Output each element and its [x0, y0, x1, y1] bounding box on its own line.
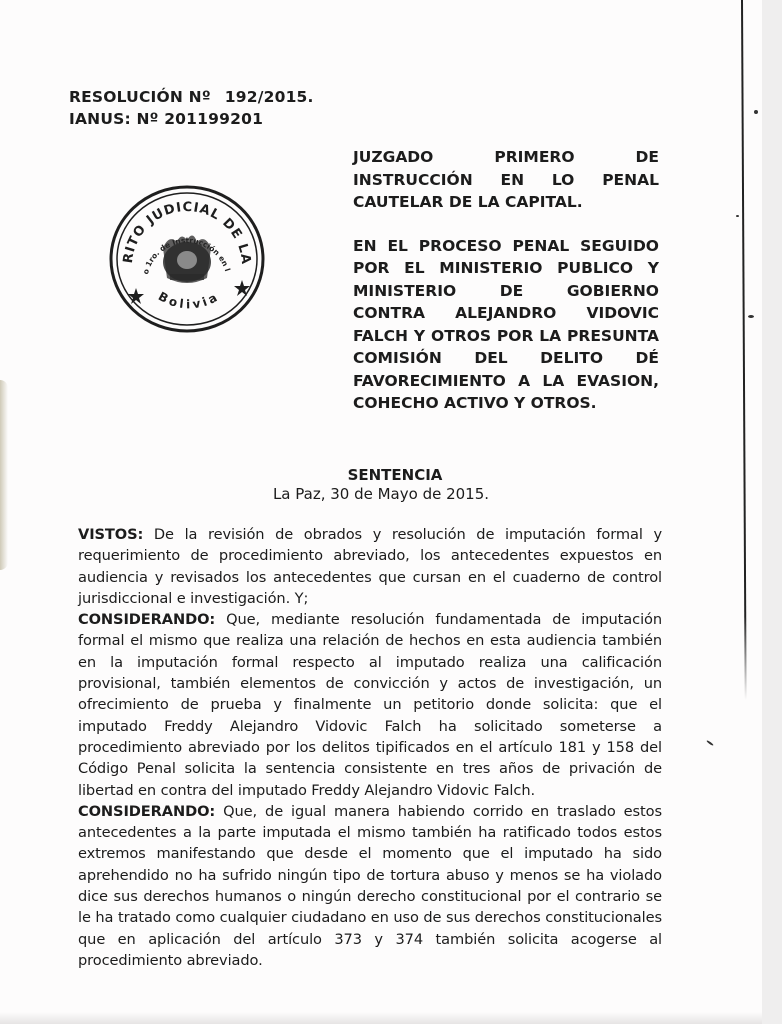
paragraph-keyword: CONSIDERANDO:: [78, 611, 215, 628]
scan-speck: [748, 315, 754, 318]
seal-bottom-text: Bolivia: [156, 289, 222, 311]
scan-speck: [754, 110, 758, 114]
paragraph-considerando-2: CONSIDERANDO: Que, de igual manera habie…: [78, 801, 662, 971]
resolution-number-line: RESOLUCIÓN Nº192/2015.: [69, 86, 314, 108]
paragraph-keyword: CONSIDERANDO:: [78, 803, 215, 820]
sentence-body: VISTOS: De la revisión de obrados y reso…: [78, 524, 662, 971]
court-word: PENAL: [602, 169, 659, 192]
court-seal: DISTRITO JUDICIAL DE LA PAZ Juzgado 1ro.…: [108, 184, 266, 334]
resolution-label: RESOLUCIÓN Nº: [69, 88, 211, 106]
court-word: DE: [636, 146, 659, 169]
page-edge: [762, 0, 782, 1024]
court-heading: JUZGADO PRIMERO DE INSTRUCCIÓN EN LO PEN…: [353, 146, 659, 415]
svg-text:Bolivia: Bolivia: [156, 289, 222, 311]
paragraph-vistos: VISTOS: De la revisión de obrados y reso…: [78, 524, 662, 609]
scan-speck: [736, 215, 739, 217]
court-line-1: JUZGADO PRIMERO DE: [353, 146, 659, 169]
paragraph-text: De la revisión de obrados y resolución d…: [78, 526, 662, 607]
court-word: EN: [500, 169, 524, 192]
court-word: PRIMERO: [494, 146, 574, 169]
process-description: EN EL PROCESO PENAL SEGUIDO POR EL MINIS…: [353, 235, 659, 415]
page-bottom-edge: [0, 1012, 762, 1024]
court-word: INSTRUCCIÓN: [353, 169, 473, 192]
seal-emblem-icon: DISTRITO JUDICIAL DE LA PAZ Juzgado 1ro.…: [108, 184, 266, 334]
paragraph-keyword: VISTOS:: [78, 526, 143, 543]
court-word: JUZGADO: [353, 146, 433, 169]
ianus-number: IANUS: Nº 201199201: [69, 108, 314, 130]
court-word: LO: [552, 169, 575, 192]
sentence-title-block: SENTENCIA La Paz, 30 de Mayo de 2015.: [0, 466, 762, 504]
paragraph-text: Que, de igual manera habiendo corrido en…: [78, 803, 662, 969]
paragraph-text: Que, mediante resolución fundamentada de…: [78, 611, 662, 798]
resolution-header: RESOLUCIÓN Nº192/2015. IANUS: Nº 2011992…: [69, 86, 314, 130]
court-line-2: INSTRUCCIÓN EN LO PENAL: [353, 169, 659, 192]
court-line-3: CAUTELAR DE LA CAPITAL.: [353, 191, 659, 214]
paragraph-considerando-1: CONSIDERANDO: Que, mediante resolución f…: [78, 609, 662, 801]
sentence-date: La Paz, 30 de Mayo de 2015.: [0, 485, 762, 504]
resolution-number: 192/2015.: [225, 88, 314, 106]
sentence-title: SENTENCIA: [0, 466, 762, 485]
